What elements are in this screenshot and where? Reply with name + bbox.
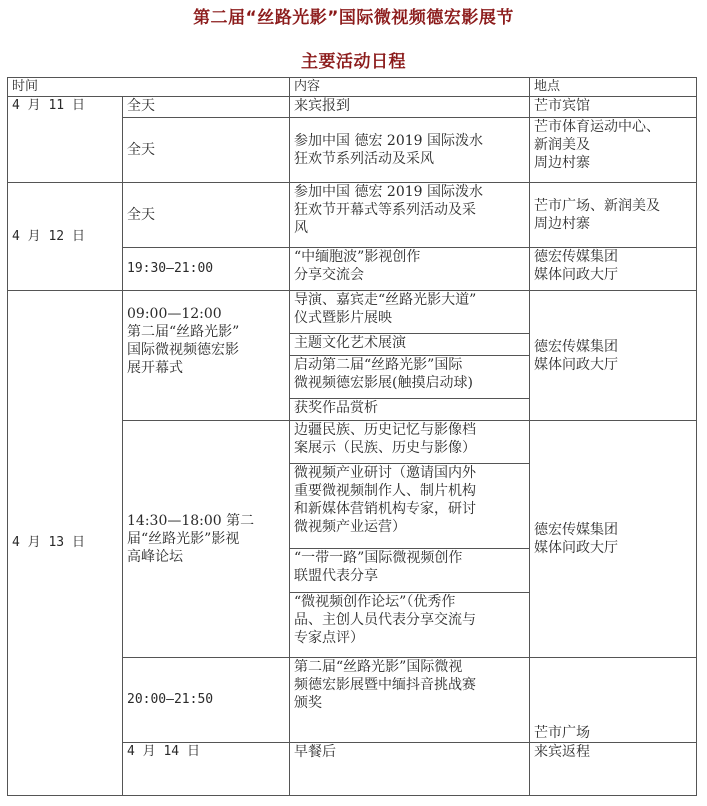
schedule-table: 时间 内容 地点 4 月 11 日 全天 来宾报到 芒市宾馆 全天 参加中国 德… [7, 77, 697, 796]
time-cell: 09:00—12:00 第二届“丝路光影” 国际微视频德宏影 展开幕式 [123, 291, 290, 421]
content-cell: 来宾报到 [290, 97, 530, 118]
time-cell: 早餐后 [290, 743, 530, 796]
date-cell: 4 月 14 日 [123, 743, 290, 796]
document-title: 第二届“丝路光影”国际微视频德宏影展节 [0, 3, 707, 28]
content-cell: 边疆民族、历史记忆与影像档 案展示（民族、历史与影像） [290, 421, 530, 464]
content-cell: 参加中国 德宏 2019 国际泼水 狂欢节系列活动及采风 [290, 118, 530, 183]
location-cell: 德宏传媒集团 媒体问政大厅 [530, 291, 697, 421]
time-cell: 全天 [123, 183, 290, 248]
location-cell: 芒市宾馆 [530, 97, 697, 118]
time-cell: 19:30—21:00 [123, 248, 290, 291]
header-time: 时间 [8, 78, 290, 97]
time-cell: 全天 [123, 97, 290, 118]
date-cell: 4 月 13 日 [8, 291, 123, 796]
content-cell: 启动第二届“丝路光影”国际 微视频德宏影展(触摸启动球) [290, 356, 530, 399]
location-cell: 芒市广场、新润美及 周边村寨 [530, 183, 697, 248]
content-cell: “一带一路”国际微视频创作 联盟代表分享 [290, 549, 530, 593]
content-cell: 主题文化艺术展演 [290, 334, 530, 356]
header-location: 地点 [530, 78, 697, 97]
content-cell: 导演、嘉宾走“丝路光影大道” 仪式暨影片展映 [290, 291, 530, 334]
content-cell: 微视频产业研讨（邀请国内外 重要微视频制作人、制片机构 和新媒体营销机构专家，研… [290, 464, 530, 549]
content-cell: “中缅胞波”影视创作 分享交流会 [290, 248, 530, 291]
content-cell: 来宾返程 [530, 743, 697, 796]
location-cell: 德宏传媒集团 媒体问政大厅 [530, 421, 697, 658]
time-cell: 20:00—21:50 [123, 658, 290, 743]
table-row: 4 月 11 日 全天 来宾报到 芒市宾馆 [8, 97, 697, 118]
content-cell: 参加中国 德宏 2019 国际泼水 狂欢节开幕式等系列活动及采 风 [290, 183, 530, 248]
location-cell: 芒市体育运动中心、 新润美及 周边村寨 [530, 118, 697, 183]
location-cell: 德宏传媒集团 媒体问政大厅 [530, 248, 697, 291]
document-subtitle: 主要活动日程 [0, 47, 707, 72]
table-row: 4 月 13 日 09:00—12:00 第二届“丝路光影” 国际微视频德宏影 … [8, 291, 697, 334]
location-cell: 芒市广场 [530, 658, 697, 743]
content-cell: “微视频创作论坛”（优秀作 品、主创人员代表分享交流与 专家点评） [290, 593, 530, 658]
date-cell: 4 月 11 日 [8, 97, 123, 183]
time-cell: 14:30—18:00 第二 届“丝路光影”影视 高峰论坛 [123, 421, 290, 658]
table-header-row: 时间 内容 地点 [8, 78, 697, 97]
table-row: 4 月 12 日 全天 参加中国 德宏 2019 国际泼水 狂欢节开幕式等系列活… [8, 183, 697, 248]
date-cell: 4 月 12 日 [8, 183, 123, 291]
content-cell: 获奖作品赏析 [290, 399, 530, 421]
header-content: 内容 [290, 78, 530, 97]
content-cell: 第二届“丝路光影”国际微视 频德宏影展暨中缅抖音挑战赛 颁奖 [290, 658, 530, 743]
time-cell: 全天 [123, 118, 290, 183]
